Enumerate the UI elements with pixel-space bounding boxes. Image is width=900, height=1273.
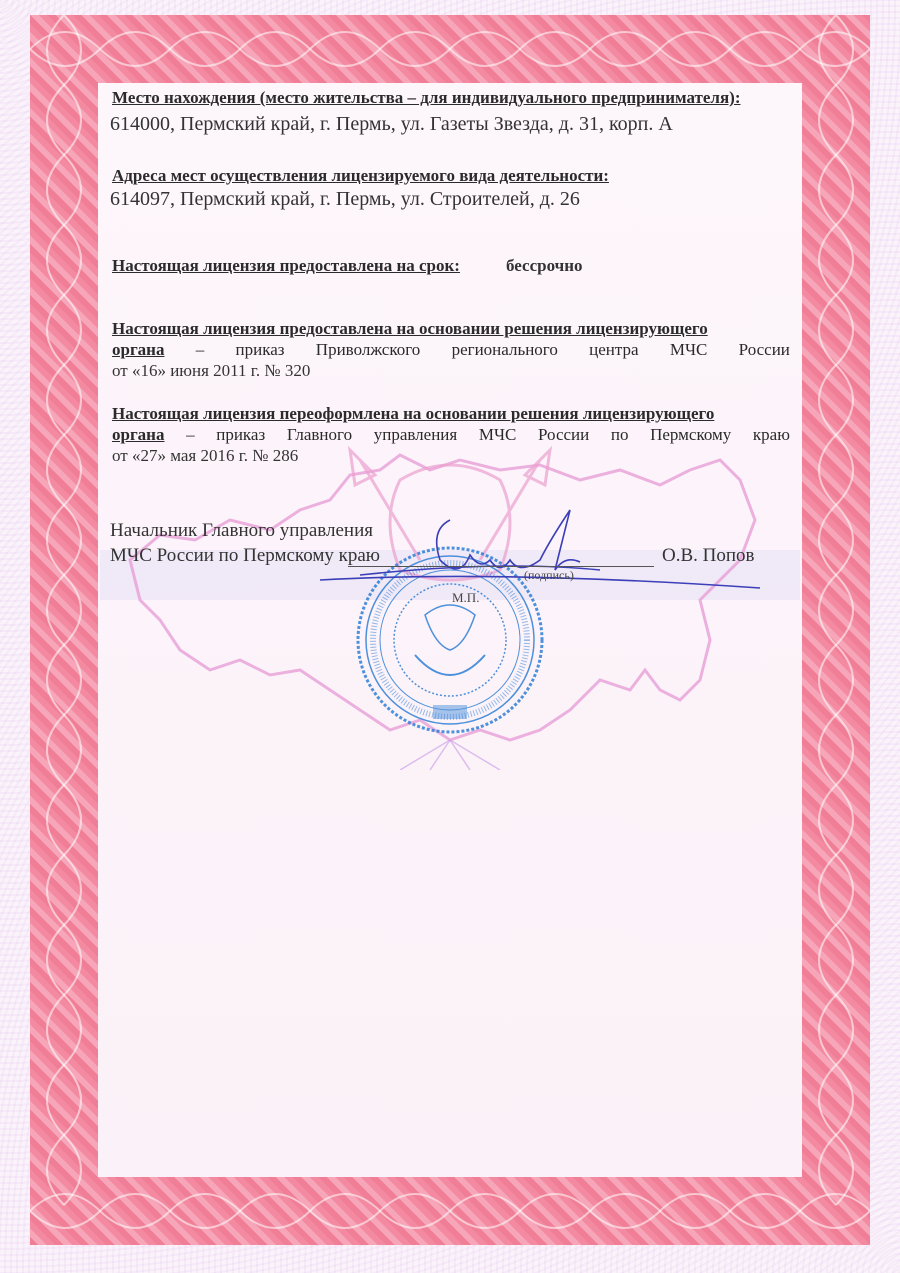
granted-basis-label: Настоящая лицензия предоставлена на осно… (112, 319, 708, 339)
text-part: Главного (287, 425, 352, 445)
text-part: краю (753, 425, 790, 445)
reissued-basis-label: Настоящая лицензия переоформлена на осно… (112, 404, 714, 424)
text-part: МЧС (670, 340, 708, 360)
text-part: регионального (452, 340, 558, 360)
text-part: Пермскому (650, 425, 731, 445)
text-part: России (739, 340, 790, 360)
text-part: – (186, 425, 195, 445)
granted-basis-line: органа – приказ Приволжского регионально… (112, 340, 790, 360)
text-part: приказ (216, 425, 265, 445)
activity-addresses-value: 614097, Пермский край, г. Пермь, ул. Стр… (110, 188, 580, 211)
seal-caption: М.П. (452, 590, 479, 606)
text-part: приказ (236, 340, 285, 360)
granted-basis-label-word: органа (112, 340, 164, 360)
reissued-basis-line: органа – приказ Главного управления МЧС … (112, 425, 790, 445)
signature-caption: (подпись) (524, 568, 574, 583)
text-part: – (196, 340, 205, 360)
text-part: Приволжского (316, 340, 420, 360)
signatory-name: О.В. Попов (662, 545, 755, 567)
granted-basis-date: от «16» июня 2011 г. № 320 (112, 361, 310, 381)
signatory-position-line2: МЧС России по Пермскому краю (110, 545, 380, 567)
text-part: России (538, 425, 589, 445)
activity-addresses-label: Адреса мест осуществления лицензируемого… (112, 166, 609, 186)
reissued-basis-date: от «27» мая 2016 г. № 286 (112, 446, 298, 466)
term-label: Настоящая лицензия предоставлена на срок… (112, 256, 460, 276)
signature-line (348, 566, 654, 567)
location-value: 614000, Пермский край, г. Пермь, ул. Газ… (110, 113, 673, 136)
reissued-basis-label-word: органа (112, 425, 164, 445)
signatory-position-line1: Начальник Главного управления (110, 520, 373, 542)
location-label: Место нахождения (место жительства – для… (112, 88, 741, 108)
text-part: управления (374, 425, 458, 445)
text-part: по (611, 425, 629, 445)
term-value: бессрочно (506, 256, 583, 276)
text-part: МЧС (479, 425, 517, 445)
text-part: центра (589, 340, 638, 360)
